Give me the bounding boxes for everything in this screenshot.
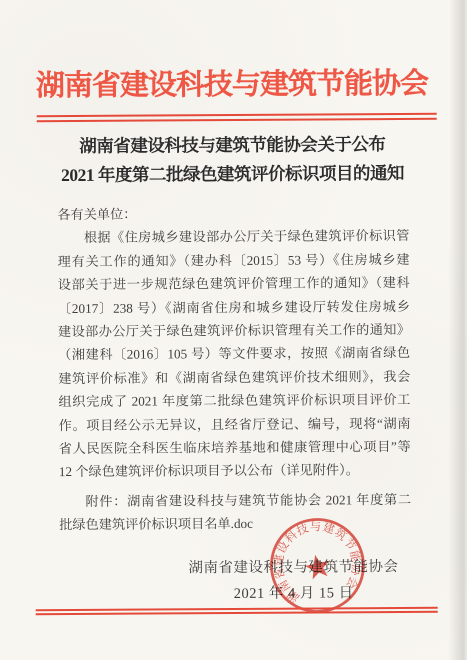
letterhead-rule-thick — [37, 117, 437, 122]
letterhead-org-name: 湖南省建设科技与建筑节能协会 — [0, 61, 466, 105]
notice-title: 湖南省建设科技与建筑节能协会关于公布 2021 年度第二批绿色建筑评价标识项目的… — [0, 130, 466, 191]
text-line: 〔2017〕238 号）《湖南省住房和城乡建设厅转发住房城乡 — [58, 295, 410, 321]
document-content: 湖南省建设科技与建筑节能协会 湖南省建设科技与建筑节能协会关于公布 2021 年… — [0, 0, 467, 660]
text-line: 根据《住房城乡建设部办公厅关于绿色建筑评价标识管 — [57, 224, 409, 250]
star-icon — [303, 552, 332, 580]
text-line: 建设部办公厅关于绿色建筑评价标识管理有关工作的通知》 — [58, 318, 410, 344]
notice-title-line2: 2021 年度第二批绿色建筑评价标识项目的通知 — [0, 159, 466, 191]
text-line: （湘建科〔2016〕105 号）等文件要求，按照《湖南省绿色 — [58, 341, 410, 367]
text-line: 组织完成了 2021 年度第二批绿色建筑评价标识项目评价工 — [58, 388, 410, 414]
text-line: 各有关单位： — [57, 201, 409, 227]
footer-rule-thick — [36, 610, 438, 615]
letterhead-rule-thin — [37, 113, 437, 117]
text-line: 理有关工作的通知》（建办科〔2015〕53 号）《住房城乡建 — [58, 248, 410, 274]
text-line: 建筑评价标准》和《湖南省绿色建筑评价技术细则》，我会 — [58, 365, 410, 391]
body-lines: 各有关单位：根据《住房城乡建设部办公厅关于绿色建筑评价标识管理有关工作的通知》（… — [57, 201, 411, 484]
text-line: 12 个绿色建筑评价标识项目予以公布（详见附件）。 — [59, 458, 411, 484]
text-line: 附件：湖南省建设科技与建筑节能协会 2021 年度第二 — [59, 488, 411, 514]
text-line: 作。项目经公示无异议，且经省厅登记、编号，现将“湖南 — [59, 412, 411, 438]
notice-title-line1: 湖南省建设科技与建筑节能协会关于公布 — [0, 130, 466, 162]
text-line: 设部关于进一步规范绿色建筑评价管理工作的通知》（建科 — [58, 271, 410, 297]
text-line: 省人民医院全科医生临床培养基地和健康管理中心项目”等 — [59, 435, 411, 461]
scanned-page: 湖南省建设科技与建筑节能协会 湖南省建设科技与建筑节能协会关于公布 2021 年… — [0, 0, 467, 660]
